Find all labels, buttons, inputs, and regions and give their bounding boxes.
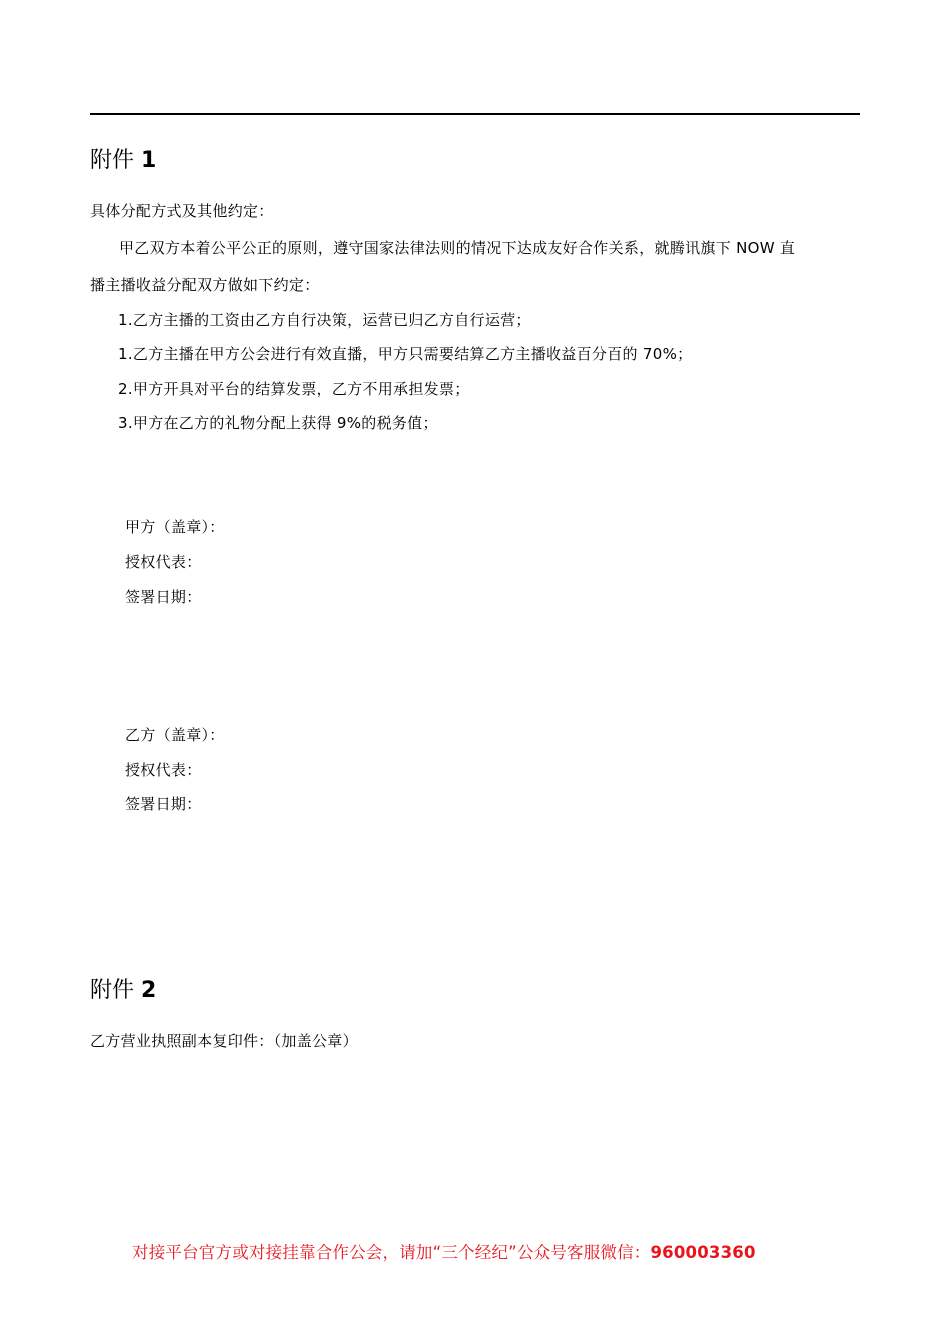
- appendix1-paragraph-line1: 甲乙双方本着公平公正的原则，遵守国家法律法则的情况下达成友好合作关系，就腾讯旗下…: [119, 238, 795, 258]
- party-b-seal-label: 乙方（盖章）：: [125, 725, 225, 745]
- appendix1-intro: 具体分配方式及其他约定：: [90, 201, 274, 221]
- party-a-date-label: 签署日期：: [125, 587, 202, 607]
- header-rule: [90, 113, 860, 115]
- appendix1-title-number: 1: [141, 148, 156, 173]
- document-page: 附件 1 具体分配方式及其他约定： 甲乙双方本着公平公正的原则，遵守国家法律法则…: [0, 0, 950, 1344]
- appendix1-title: 附件 1: [90, 148, 156, 174]
- appendix1-item-4: 3.甲方在乙方的礼物分配上获得 9%的税务值；: [118, 413, 438, 433]
- party-a-seal-label: 甲方（盖章）：: [125, 517, 225, 537]
- appendix1-item-3: 2.甲方开具对平台的结算发票，乙方不用承担发票；: [118, 379, 470, 399]
- appendix2-title-number: 2: [141, 978, 156, 1003]
- party-b-date-label: 签署日期：: [125, 794, 202, 814]
- appendix1-item-1: 1.乙方主播的工资由乙方自行决策，运营已归乙方自行运营；: [118, 310, 531, 330]
- footer-contact-note: 对接平台官方或对接挂靠合作公会，请加“三个经纪”公众号客服微信：96000336…: [132, 1242, 756, 1264]
- appendix2-title-prefix: 附件: [90, 978, 134, 1003]
- appendix1-item-2: 1.乙方主播在甲方公会进行有效直播，甲方只需要结算乙方主播收益百分百的 70%；: [118, 344, 692, 364]
- appendix1-title-prefix: 附件: [90, 148, 134, 173]
- appendix2-title: 附件 2: [90, 978, 156, 1004]
- appendix2-description: 乙方营业执照副本复印件：（加盖公章）: [90, 1031, 358, 1051]
- appendix1-paragraph-line2: 播主播收益分配双方做如下约定：: [90, 275, 320, 295]
- footer-note-text: 对接平台官方或对接挂靠合作公会，请加“三个经纪”公众号客服微信：: [132, 1243, 651, 1262]
- party-a-representative-label: 授权代表：: [125, 552, 202, 572]
- footer-wechat-id: 960003360: [651, 1243, 756, 1262]
- party-b-representative-label: 授权代表：: [125, 760, 202, 780]
